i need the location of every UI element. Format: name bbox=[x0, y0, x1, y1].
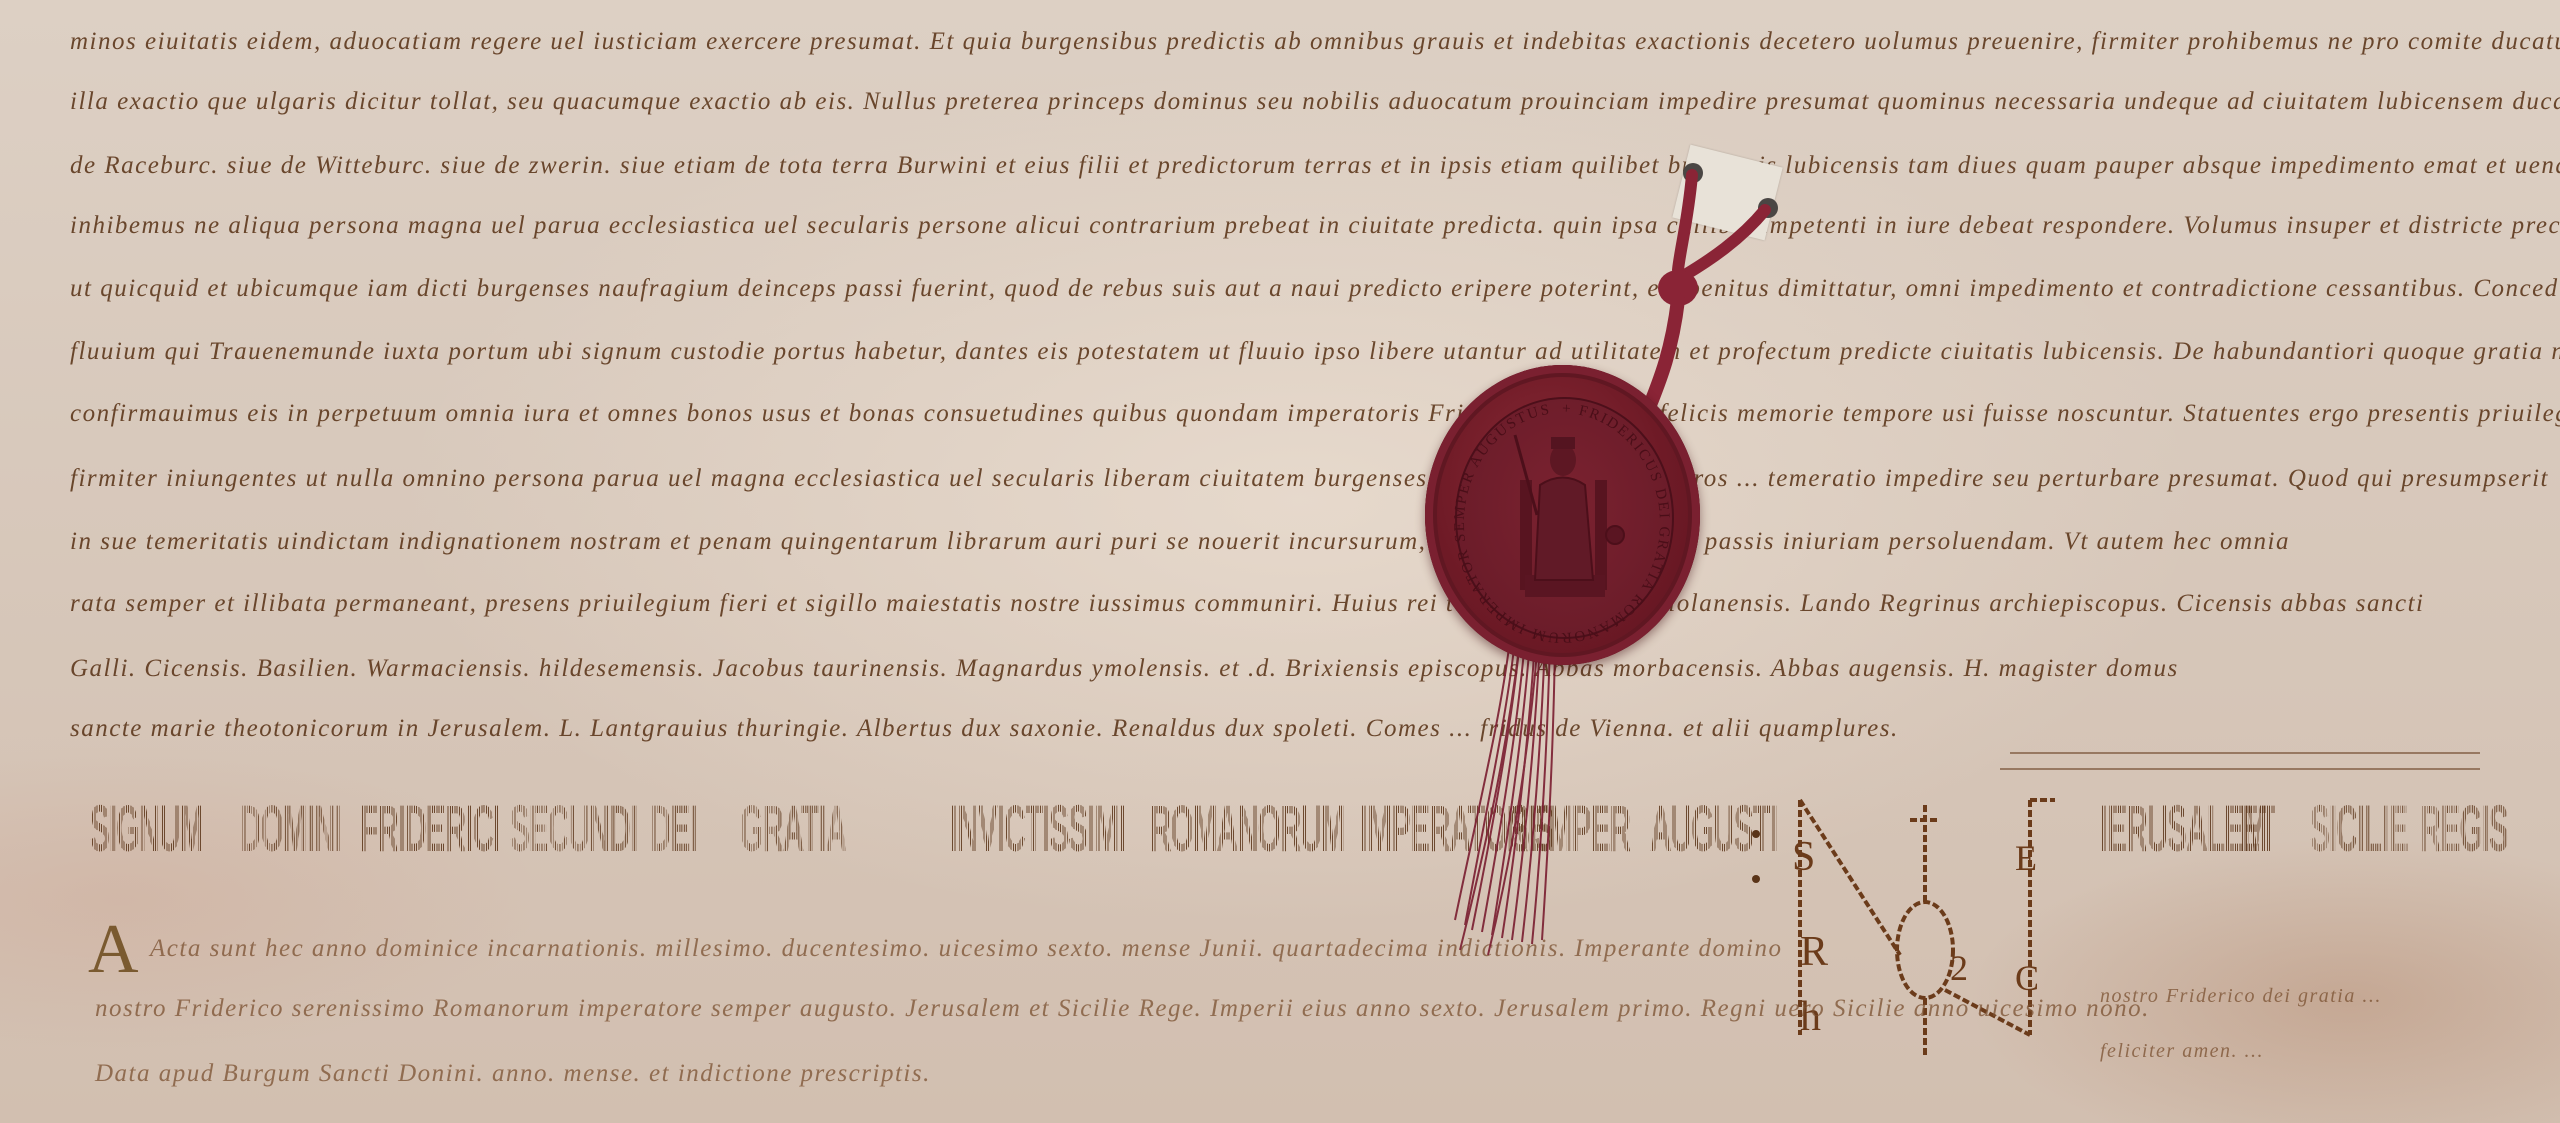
signum-word: DEI bbox=[650, 790, 697, 890]
svg-text:2: 2 bbox=[1950, 948, 1968, 988]
dating-line-3: Data apud Burgum Sancti Donini. anno. me… bbox=[95, 1060, 931, 1088]
text-line-4: inhibemus ne aliqua persona magna uel pa… bbox=[70, 212, 2560, 240]
text-line-3: de Raceburc. siue de Witteburc. siue de … bbox=[70, 152, 2560, 180]
decorative-rule bbox=[2000, 768, 2480, 770]
wax-seal: + FRIDERICUS DEI GRATIA ROMANORUM IMPERA… bbox=[1425, 365, 1700, 665]
signum-word: GRATIA bbox=[740, 790, 846, 890]
text-line-11: Galli. Cicensis. Basilien. Warmaciensis.… bbox=[70, 655, 2179, 683]
text-line-9: in sue temeritatis uindictam indignation… bbox=[70, 528, 2290, 556]
seal-image-icon: + FRIDERICUS DEI GRATIA ROMANORUM IMPERA… bbox=[1425, 365, 1700, 665]
text-line-1: minos eiuitatis eidem, aduocatiam regere… bbox=[70, 28, 2560, 56]
signum-word: SIGNUM bbox=[90, 790, 203, 890]
signum-word: INVICTISSIMI bbox=[950, 790, 1126, 890]
svg-text:C: C bbox=[2015, 958, 2039, 998]
signum-word: SICILIE bbox=[2310, 790, 2408, 890]
imperial-monogram-icon: S R h E C 2 bbox=[1790, 790, 2060, 1090]
text-line-5: ut quicquid et ubicumque iam dicti burge… bbox=[70, 275, 2560, 303]
signum-word: FRIDERICI bbox=[360, 790, 500, 890]
initial-letter-a: A bbox=[88, 915, 158, 990]
right-column-line-2: feliciter amen. ... bbox=[2100, 1040, 2264, 1063]
svg-text:E: E bbox=[2015, 838, 2037, 878]
text-line-7: confirmauimus eis in perpetuum omnia iur… bbox=[70, 400, 2560, 428]
text-line-8: firmiter iniungentes ut nulla omnino per… bbox=[70, 465, 2549, 493]
signum-word: ROMANORUM bbox=[1150, 790, 1345, 890]
signum-word: ET bbox=[2240, 790, 2276, 890]
signum-word: DOMINI bbox=[240, 790, 342, 890]
signum-word: REGIS bbox=[2420, 790, 2508, 890]
signum-word: SECUNDI bbox=[510, 790, 637, 890]
decorative-rule bbox=[2010, 752, 2480, 754]
svg-text:R: R bbox=[1800, 929, 1828, 975]
text-line-6: fluuium qui Trauenemunde iuxta portum ub… bbox=[70, 338, 2560, 366]
text-line-2: illa exactio que ulgaris dicitur tollat,… bbox=[70, 88, 2560, 116]
dating-line-2: nostro Friderico serenissimo Romanorum i… bbox=[95, 995, 2150, 1023]
right-column-line-1: nostro Friderico dei gratia ... bbox=[2100, 985, 2382, 1008]
text-line-10: rata semper et illibata permaneant, pres… bbox=[70, 590, 2425, 618]
